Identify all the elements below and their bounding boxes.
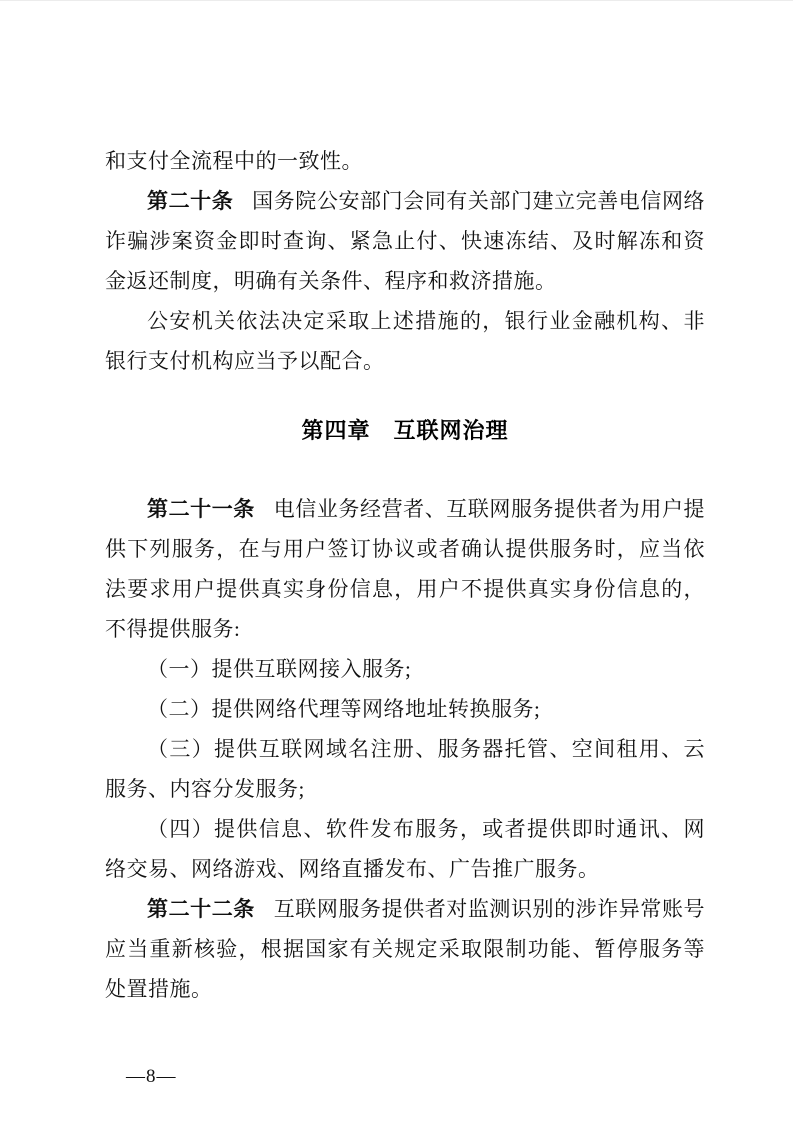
body-paragraph: （一）提供互联网接入服务;	[105, 649, 705, 689]
body-paragraph: （二）提供网络代理等网络地址转换服务;	[105, 689, 705, 729]
document-page: 和支付全流程中的一致性。第二十条国务院公安部门会同有关部门建立完善电信网络诈骗涉…	[0, 0, 793, 1122]
paragraph-text: 和支付全流程中的一致性。	[105, 149, 363, 173]
document-body: 和支付全流程中的一致性。第二十条国务院公安部门会同有关部门建立完善电信网络诈骗涉…	[105, 141, 705, 1009]
body-paragraph: 和支付全流程中的一致性。	[105, 141, 705, 181]
chapter-heading: 第四章 互联网治理	[105, 411, 705, 451]
body-paragraph: 公安机关依法决定采取上述措施的，银行业金融机构、非银行支付机构应当予以配合。	[105, 301, 705, 381]
article-paragraph: 第二十二条互联网服务提供者对监测识别的涉诈异常账号应当重新核验，根据国家有关规定…	[105, 889, 705, 1009]
paragraph-text: （四）提供信息、软件发布服务，或者提供即时通讯、网络交易、网络游戏、网络直播发布…	[105, 817, 705, 881]
body-paragraph: （三）提供互联网域名注册、服务器托管、空间租用、云服务、内容分发服务;	[105, 729, 705, 809]
article-number: 第二十二条	[147, 897, 255, 921]
paragraph-text: （三）提供互联网域名注册、服务器托管、空间租用、云服务、内容分发服务;	[105, 737, 705, 801]
body-paragraph: （四）提供信息、软件发布服务，或者提供即时通讯、网络交易、网络游戏、网络直播发布…	[105, 809, 705, 889]
article-paragraph: 第二十条国务院公安部门会同有关部门建立完善电信网络诈骗涉案资金即时查询、紧急止付…	[105, 181, 705, 301]
paragraph-text: （二）提供网络代理等网络地址转换服务;	[147, 697, 540, 721]
page-number: —8—	[126, 1063, 177, 1091]
paragraph-text: 公安机关依法决定采取上述措施的，银行业金融机构、非银行支付机构应当予以配合。	[105, 309, 705, 373]
article-paragraph: 第二十一条电信业务经营者、互联网服务提供者为用户提供下列服务，在与用户签订协议或…	[105, 489, 705, 649]
paragraph-text: （一）提供互联网接入服务;	[147, 657, 411, 681]
article-number: 第二十一条	[147, 497, 255, 521]
article-number: 第二十条	[147, 189, 233, 213]
